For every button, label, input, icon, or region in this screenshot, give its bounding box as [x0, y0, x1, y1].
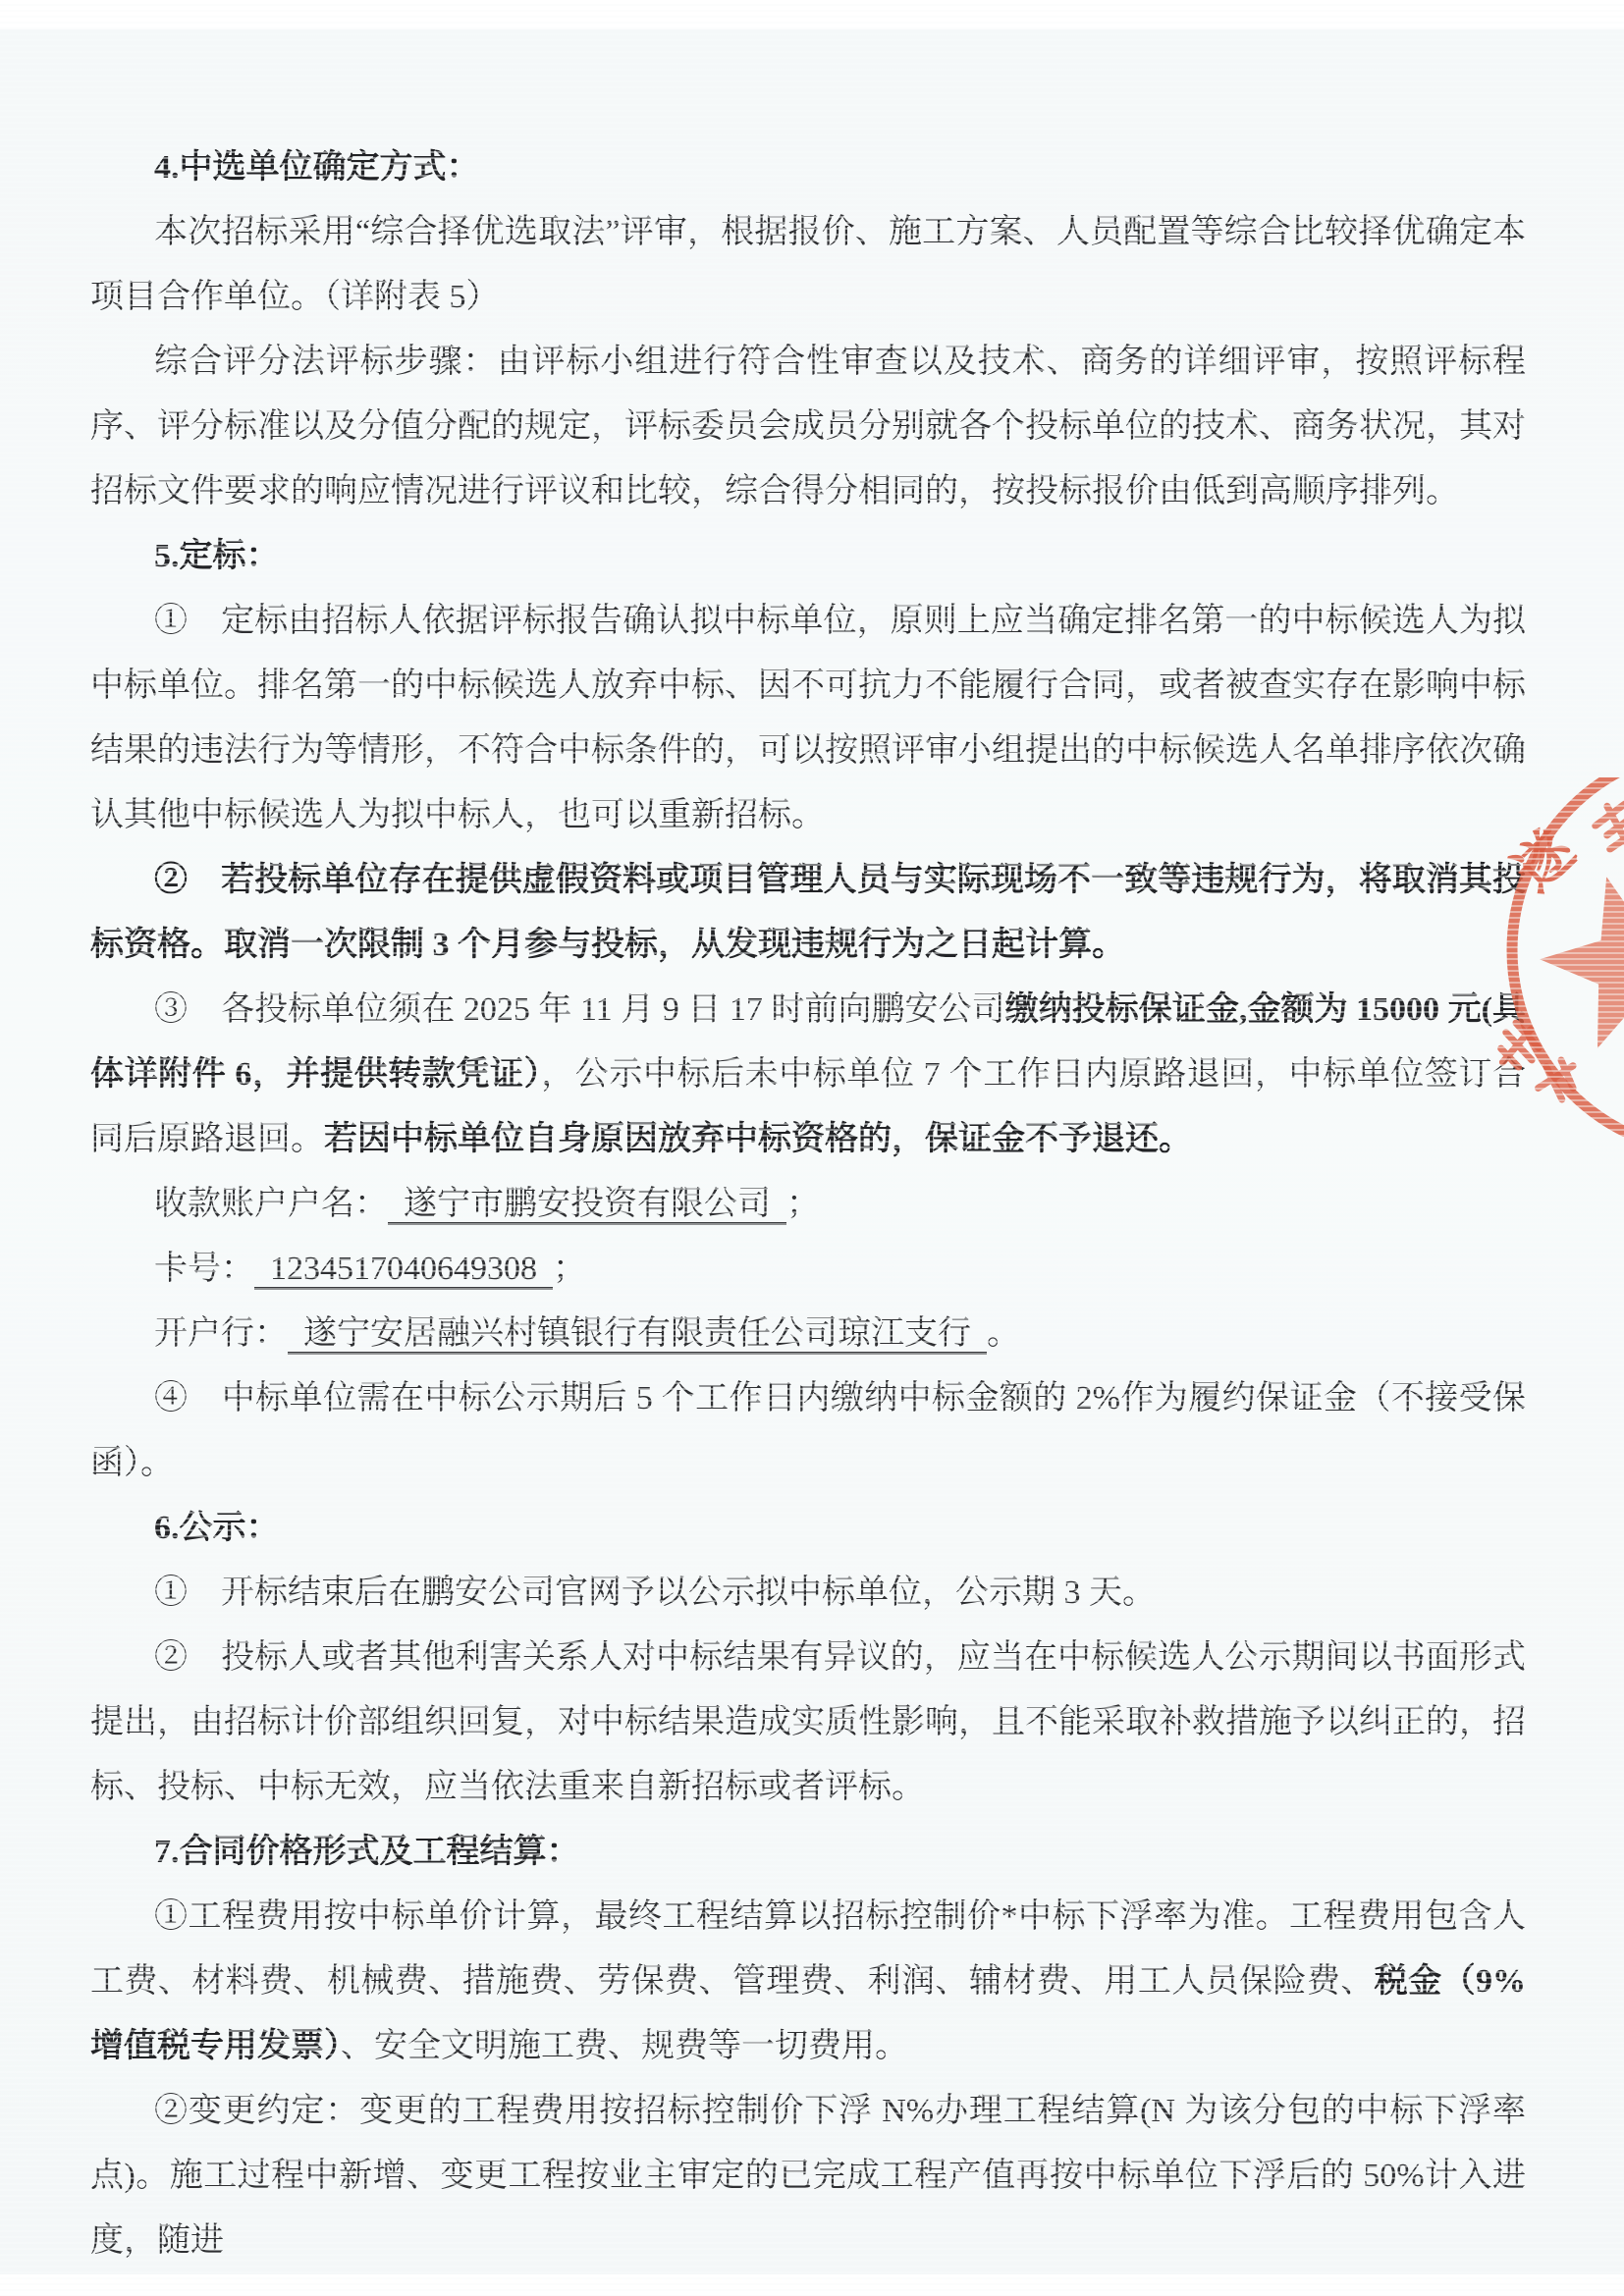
para-performance-bond: ④ 中标单位需在中标公示期后 5 个工作日内缴纳中标金额的 2%作为履约保证金（…: [90, 1366, 1526, 1496]
seal-character: 遂: [1502, 818, 1589, 904]
seal-glyph-fragment: [1490, 1019, 1546, 1076]
bold-text-run: 5.定标：: [154, 538, 280, 574]
bold-text-run: 7.合同价格形式及工程结算：: [154, 1834, 580, 1870]
para-award-confirm: ① 定标由招标人依据评标报告确认拟中标单位，原则上应当确定排名第一的中标候选人为…: [90, 589, 1526, 848]
section-7-heading: 7.合同价格形式及工程结算：: [90, 1820, 1526, 1885]
bold-text-run: 若因中标单位自身原因放弃中标资格的，保证金不予退还。: [324, 1121, 1192, 1157]
underlined-value: 遂宁市鹏安投资有限公司: [388, 1186, 786, 1225]
section-6-heading: 6.公示：: [90, 1496, 1526, 1561]
line-card-number: 卡号：1234517040649308；: [90, 1237, 1526, 1302]
underlined-value: 遂宁安居融兴村镇银行有限责任公司琼江支行: [288, 1315, 987, 1355]
text-run: 开户行：: [154, 1315, 288, 1352]
text-run: 本次招标采用“综合择优选取法”评审，根据报价、施工方案、人员配置等综合比较择优确…: [90, 214, 1526, 315]
document-body: 4.中选单位确定方式：本次招标采用“综合择优选取法”评审，根据报价、施工方案、人…: [90, 135, 1526, 2273]
text-run: ；: [786, 1186, 820, 1222]
para-deposit: ③ 各投标单位须在 2025 年 11 月 9 日 17 时前向鹏安公司缴纳投标…: [90, 978, 1526, 1172]
para-objection: ② 投标人或者其他利害关系人对中标结果有异议的，应当在中标候选人公示期间以书面形…: [90, 1626, 1526, 1820]
text-run: 卡号：: [154, 1251, 254, 1287]
line-account-name: 收款账户户名：遂宁市鹏安投资有限公司；: [90, 1172, 1526, 1237]
text-run: ④ 中标单位需在中标公示期后 5 个工作日内缴纳中标金额的 2%作为履约保证金（…: [90, 1380, 1526, 1481]
bold-text-run: 4.中选单位确定方式：: [154, 149, 480, 186]
text-run: 收款账户户名：: [154, 1186, 388, 1222]
text-run: ①工程费用按中标单价计算，最终工程结算以招标控制价*中标下浮率为准。工程费用包含…: [90, 1898, 1526, 2000]
para-scoring-steps: 综合评分法评标步骤：由评标小组进行符合性审查以及技术、商务的详细评审，按照评标程…: [90, 330, 1526, 524]
line-bank-branch: 开户行：遂宁安居融兴村镇银行有限责任公司琼江支行。: [90, 1302, 1526, 1366]
para-evaluation-method: 本次招标采用“综合择优选取法”评审，根据报价、施工方案、人员配置等综合比较择优确…: [90, 200, 1526, 330]
text-run: ① 定标由招标人依据评标报告确认拟中标单位，原则上应当确定排名第一的中标候选人为…: [90, 603, 1526, 833]
text-run: ；: [553, 1251, 586, 1287]
bold-text-run: ② 若投标单位存在提供虚假资料或项目管理人员与实际现场不一致等违规行为，将取消其…: [90, 862, 1526, 963]
para-publicity-period: ① 开标结束后在鹏安公司官网予以公示拟中标单位，公示期 3 天。: [90, 1561, 1526, 1626]
text-run: ②变更约定：变更的工程费用按招标控制价下浮 N%办理工程结算(N 为该分包的中标…: [90, 2093, 1526, 2259]
text-run: 、安全文明施工费、规费等一切费用。: [341, 2028, 908, 2064]
underlined-value: 1234517040649308: [254, 1251, 553, 1290]
section-4-heading: 4.中选单位确定方式：: [90, 135, 1526, 200]
text-run: ① 开标结束后在鹏安公司官网予以公示拟中标单位，公示期 3 天。: [154, 1575, 1156, 1611]
text-run: ③ 各投标单位须在 2025 年 11 月 9 日 17 时前向鹏安公司: [154, 991, 1005, 1028]
para-violation: ② 若投标单位存在提供虚假资料或项目管理人员与实际现场不一致等违规行为，将取消其…: [90, 848, 1526, 978]
bold-text-run: 6.公示：: [154, 1510, 280, 1546]
section-5-heading: 5.定标：: [90, 524, 1526, 589]
seal-glyph-fragment: [1590, 797, 1624, 855]
para-change-agreement: ②变更约定：变更的工程费用按招标控制价下浮 N%办理工程结算(N 为该分包的中标…: [90, 2079, 1526, 2273]
para-cost-composition: ①工程费用按中标单价计算，最终工程结算以招标控制价*中标下浮率为准。工程费用包含…: [90, 1885, 1526, 2079]
red-seal-stamp: 遂: [1398, 777, 1624, 1137]
text-run: 综合评分法评标步骤：由评标小组进行符合性审查以及技术、商务的详细评审，按照评标程…: [90, 344, 1526, 509]
text-run: ② 投标人或者其他利害关系人对中标结果有异议的，应当在中标候选人公示期间以书面形…: [90, 1639, 1526, 1805]
text-run: 。: [987, 1315, 1020, 1352]
